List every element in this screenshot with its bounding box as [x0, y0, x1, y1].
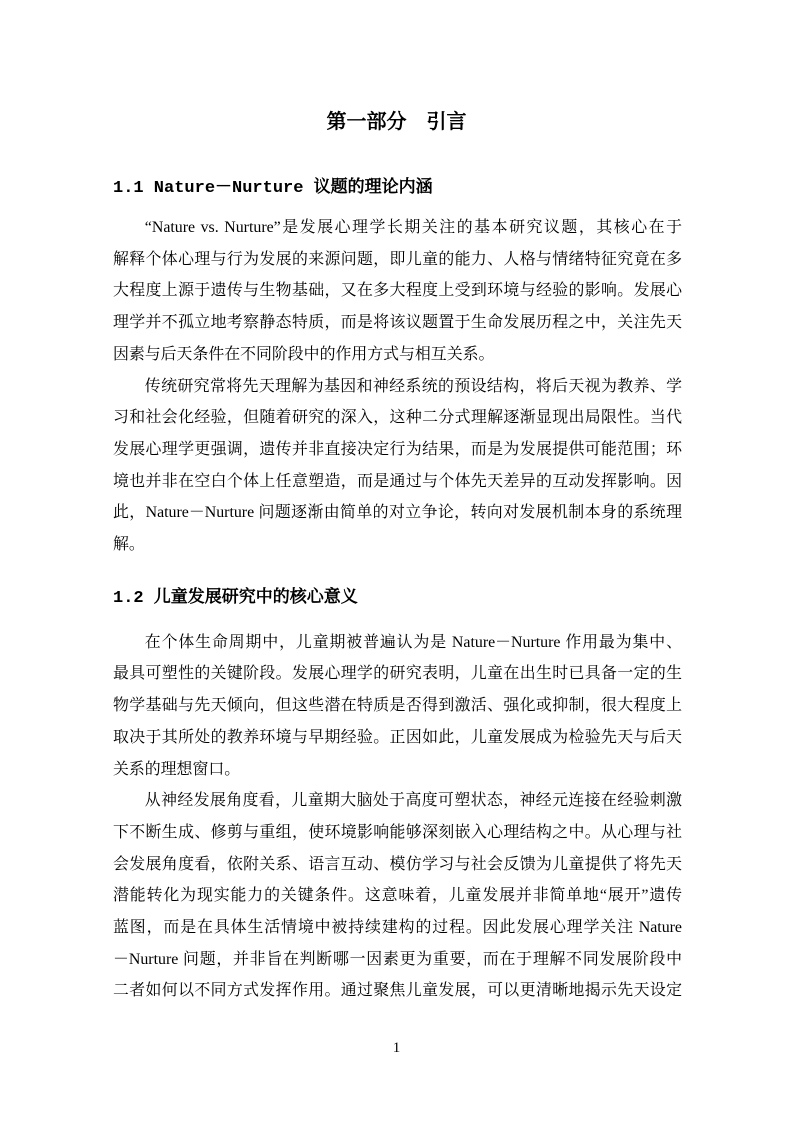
text-line: 潜能转化为现实能力的关键条件。这意味着，儿童发展并非简单地“展开”遗传	[113, 880, 682, 912]
text-line: 关系的理想窗口。	[113, 754, 682, 786]
text-line: 从神经发展角度看，儿童期大脑处于高度可塑状态，神经元连接在经验刺激	[113, 785, 682, 817]
text-line: 解释个体心理与行为发展的来源问题，即儿童的能力、人格与情绪特征究竟在多	[113, 244, 682, 276]
text-line: 最具可塑性的关键阶段。发展心理学的研究表明，儿童在出生时已具备一定的生	[113, 658, 682, 690]
text-line: 此，Nature－Nurture 问题逐渐由简单的对立争论，转向对发展机制本身的…	[113, 497, 682, 529]
document-body: 1.1 Nature－Nurture 议题的理论内涵“Nature vs. Nu…	[113, 0, 682, 1007]
text-line: 二者如何以不同方式发挥作用。通过聚焦儿童发展，可以更清晰地揭示先天设定	[113, 975, 682, 1007]
text-line: 大程度上源于遗传与生物基础，又在多大程度上受到环境与经验的影响。发展心	[113, 275, 682, 307]
text-line: 物学基础与先天倾向，但这些潜在特质是否得到激活、强化或抑制，很大程度上	[113, 690, 682, 722]
text-line: 发展心理学更强调，遗传并非直接决定行为结果，而是为发展提供可能范围；环	[113, 434, 682, 466]
text-line: 会发展角度看，依附关系、语言互动、模仿学习与社会反馈为儿童提供了将先天	[113, 849, 682, 881]
text-line: 取决于其所处的教养环境与早期经验。正因如此，儿童发展成为检验先天与后天	[113, 722, 682, 754]
section-heading: 1.2 儿童发展研究中的核心意义	[113, 589, 682, 609]
document-page: 第一部分 引言 1.1 Nature－Nurture 议题的理论内涵“Natur…	[0, 0, 793, 1122]
text-line: 传统研究常将先天理解为基因和神经系统的预设结构，将后天视为教养、学	[113, 371, 682, 403]
text-line: 境也并非在空白个体上任意塑造，而是通过与个体先天差异的互动发挥影响。因	[113, 466, 682, 498]
text-line: “Nature vs. Nurture”是发展心理学长期关注的基本研究议题，其核…	[113, 212, 682, 244]
text-line: －Nurture 问题，并非旨在判断哪一因素更为重要，而在于理解不同发展阶段中	[113, 944, 682, 976]
text-line: 解。	[113, 529, 682, 561]
paragraph: 从神经发展角度看，儿童期大脑处于高度可塑状态，神经元连接在经验刺激下不断生成、修…	[113, 785, 682, 1007]
paragraph: “Nature vs. Nurture”是发展心理学长期关注的基本研究议题，其核…	[113, 212, 682, 371]
paragraph: 传统研究常将先天理解为基因和神经系统的预设结构，将后天视为教养、学习和社会化经验…	[113, 371, 682, 561]
text-line: 蓝图，而是在具体生活情境中被持续建构的过程。因此发展心理学关注 Nature	[113, 912, 682, 944]
page-number: 1	[0, 1039, 793, 1057]
text-line: 在个体生命周期中，儿童期被普遍认为是 Nature－Nurture 作用最为集中…	[113, 627, 682, 659]
text-line: 下不断生成、修剪与重组，使环境影响能够深刻嵌入心理结构之中。从心理与社	[113, 817, 682, 849]
section-heading: 1.1 Nature－Nurture 议题的理论内涵	[113, 179, 682, 199]
text-line: 习和社会化经验，但随着研究的深入，这种二分式理解逐渐显现出局限性。当代	[113, 402, 682, 434]
text-line: 理学并不孤立地考察静态特质，而是将该议题置于生命发展历程之中，关注先天	[113, 307, 682, 339]
paragraph: 在个体生命周期中，儿童期被普遍认为是 Nature－Nurture 作用最为集中…	[113, 627, 682, 786]
text-line: 因素与后天条件在不同阶段中的作用方式与相互关系。	[113, 339, 682, 371]
